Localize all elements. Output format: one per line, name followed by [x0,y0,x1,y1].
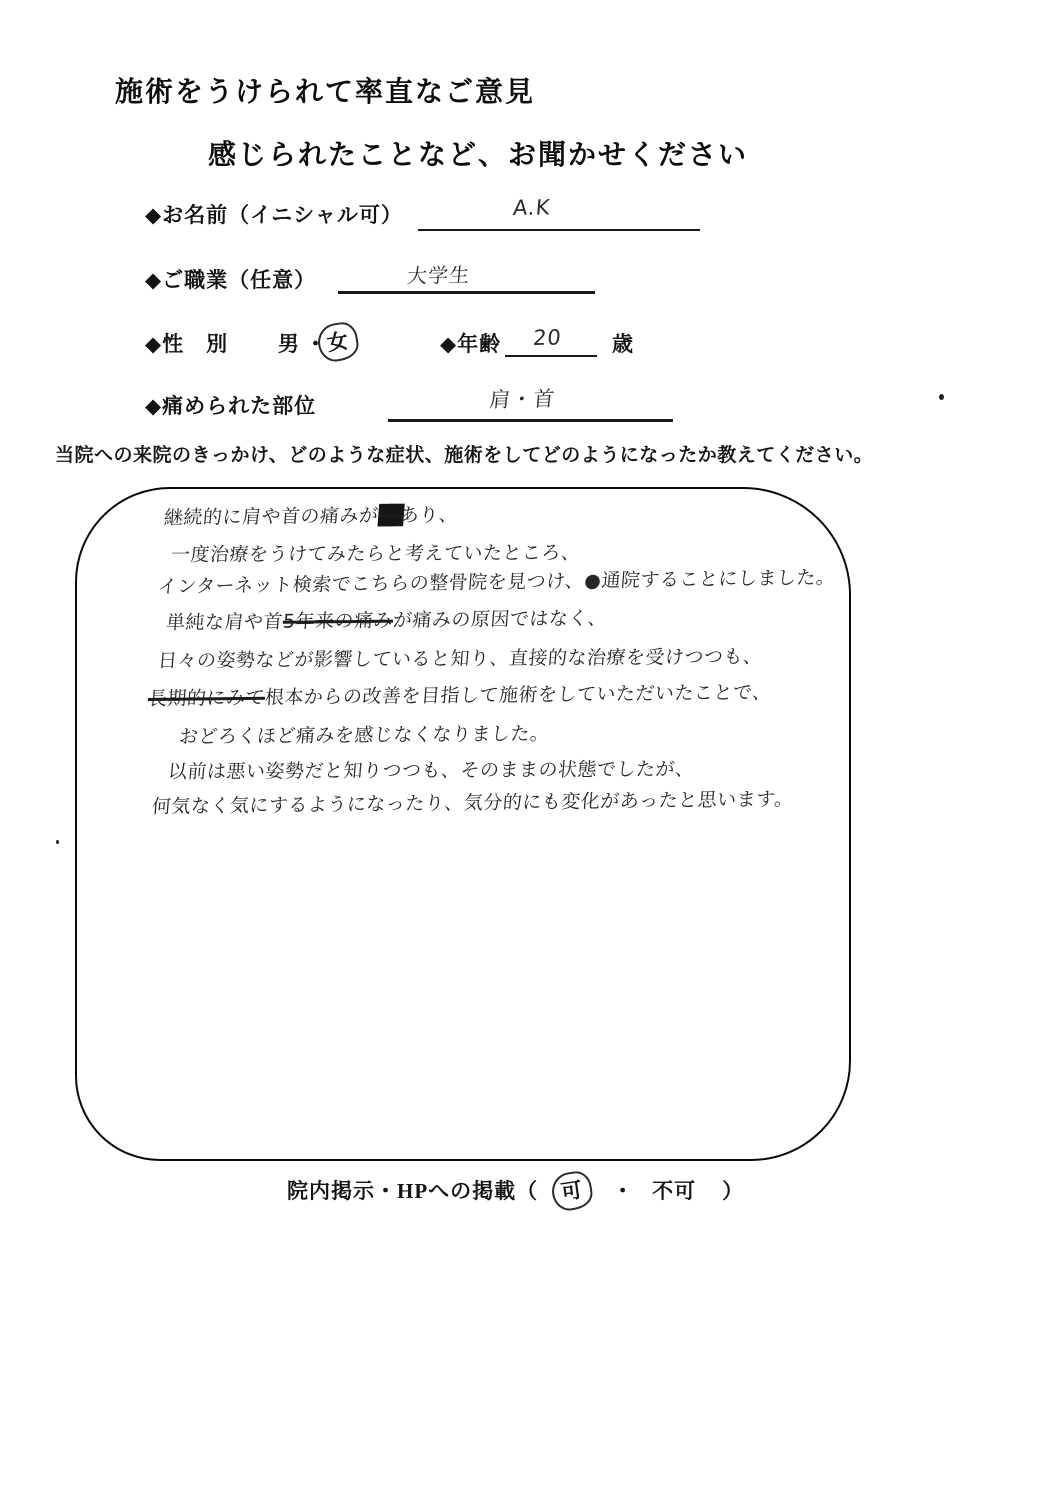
comment-text: が痛みの原因ではなく、 [392,607,608,631]
page-title: 施術をうけられて率直なご意見 [115,70,535,110]
gender-option-male: 男 [278,328,300,358]
occupation-field-underline [338,291,595,294]
page-subtitle: 感じられたことなど、お聞かせください [208,133,748,173]
scan-artifact-dot [939,394,944,400]
pain-area-underline [388,419,673,422]
comment-text: 単純な肩や首 [165,611,284,634]
comment-line: 継続的に肩や首の痛みが██あり、 [163,500,459,530]
occupation-field-value: 大学生 [406,259,472,289]
scribbled-out-text: ██ [378,505,401,527]
questionnaire-scan-page: 施術をうけられて率直なご意見 感じられたことなど、お聞かせください ◆お名前（イ… [0,0,1058,1495]
publication-consent-label: 院内掲示・HPへの掲載（ [287,1179,538,1203]
publication-consent-close: ） [722,1179,744,1203]
age-field-underline [505,355,597,357]
pain-area-value: 肩・首 [488,383,557,414]
age-field-label: ◆年齢 [440,328,501,358]
scan-artifact-dot [56,840,59,844]
age-unit-label: 歳 [612,328,634,358]
comment-text: あり、 [399,504,459,527]
name-field-label: ◆お名前（イニシャル可） [145,199,403,229]
publication-consent-row: 院内掲示・HPへの掲載（可・不可） [287,1172,744,1210]
comment-text: 継続的に肩や首の痛みが [163,505,379,529]
comment-text: 根本からの改善を目指して施術をしていただいたことで、 [264,681,772,708]
consent-separator: ・ [612,1179,634,1203]
consent-option-deny: 不可 [652,1179,696,1203]
age-field-value: 20 [532,325,563,350]
comment-prompt: 当院への来院のきっかけ、どのような症状、施術をしてどのようになったか教えてくださ… [55,440,873,467]
scribbled-out-text: 長期的にみて [147,687,266,710]
comment-line: 単純な肩や首5年来の痛みが痛みの原因ではなく、 [165,603,608,635]
occupation-field-label: ◆ご職業（任意） [145,264,316,294]
comment-text: 一度治療をうけてみたらと考えていたところ、 [170,542,581,566]
gender-option-female-circled: 女 [316,320,361,363]
comment-line: 以前は悪い姿勢だと知りつつも、そのままの状態でしたが、 [167,754,696,784]
comment-line: おどろくほど痛みを感じなくなりました。 [178,719,551,749]
comment-text: 以前は悪い姿勢だと知りつつも、そのままの状態でしたが、 [167,758,695,783]
pain-area-field-label: ◆痛められた部位 [145,390,316,420]
consent-option-allow-circled: 可 [550,1169,595,1212]
gender-field-label: ◆性 別 [145,328,228,358]
comment-text: おどろくほど痛みを感じなくなりました。 [178,723,550,748]
name-field-value: A.K [512,195,552,220]
name-field-underline [418,229,700,231]
comment-text: 日々の姿勢などが影響していると知り、直接的な治療を受けつつも、 [157,646,763,672]
comment-line: 一度治療をうけてみたらと考えていたところ、 [170,538,582,567]
comment-line: 日々の姿勢などが影響していると知り、直接的な治療を受けつつも、 [157,642,764,673]
scribbled-out-text: 5年来の痛み [282,610,394,633]
